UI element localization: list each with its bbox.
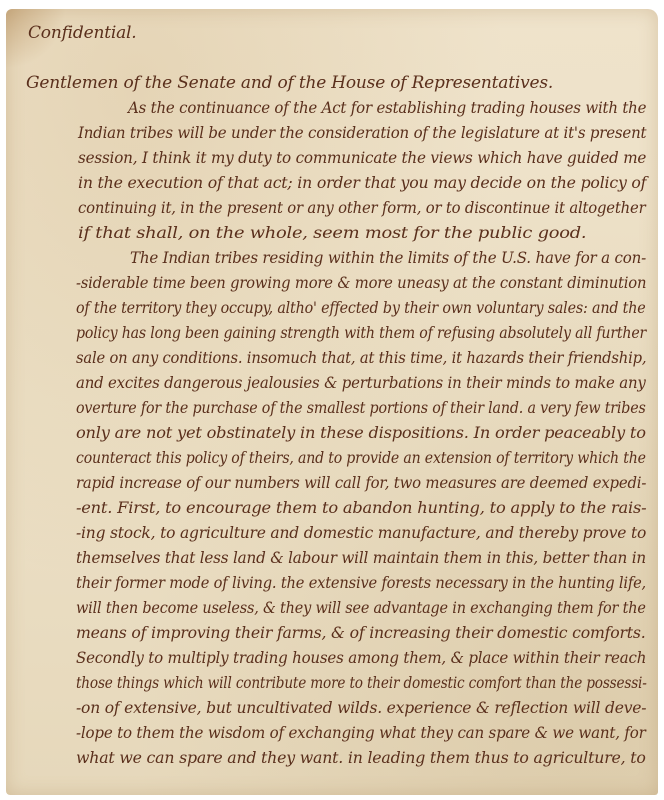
text-line: -siderable time been growing more & more… bbox=[76, 274, 646, 292]
text-line: -ing stock, to agriculture and domestic … bbox=[76, 524, 646, 542]
text-line: -lope to them the wisdom of exchanging w… bbox=[76, 724, 646, 742]
text-line: The Indian tribes residing within the li… bbox=[130, 249, 646, 267]
text-line: means of improving their farms, & of inc… bbox=[76, 624, 646, 642]
text-line: of the territory they occupy, altho' eff… bbox=[76, 299, 646, 317]
text-line: in the execution of that act; in order t… bbox=[78, 174, 646, 192]
text-line: -ent. First, to encourage them to abando… bbox=[76, 499, 646, 517]
text-line: if that shall, on the whole, seem most f… bbox=[78, 224, 586, 242]
text-line: what we can spare and they want. in lead… bbox=[76, 749, 646, 767]
text-line: sale on any conditions. insomuch that, a… bbox=[76, 349, 646, 367]
text-line: As the continuance of the Act for establ… bbox=[128, 99, 646, 117]
document-title: Confidential. bbox=[28, 23, 136, 43]
text-line: those things which will contribute more … bbox=[76, 674, 647, 692]
text-line: -on of extensive, but uncultivated wilds… bbox=[76, 699, 646, 717]
text-line: overture for the purchase of the smalles… bbox=[76, 399, 646, 417]
text-line: will then become useless, & they will se… bbox=[76, 599, 646, 617]
text-line: policy has long been gaining strength wi… bbox=[76, 324, 646, 342]
text-line: and excites dangerous jealousies & pertu… bbox=[76, 374, 646, 392]
text-line: continuing it, in the present or any oth… bbox=[78, 199, 645, 217]
text-line: their former mode of living. the extensi… bbox=[76, 574, 646, 592]
text-line: rapid increase of our numbers will call … bbox=[76, 474, 646, 492]
text-line: themselves that less land & labour will … bbox=[76, 549, 646, 567]
text-line: session, I think it my duty to communica… bbox=[78, 149, 646, 167]
text-line: counteract this policy of theirs, and to… bbox=[76, 449, 646, 467]
text-line: Indian tribes will be under the consider… bbox=[78, 124, 646, 142]
text-line: only are not yet obstinately in these di… bbox=[76, 424, 646, 442]
manuscript-page: Confidential. Gentlemen of the Senate an… bbox=[6, 9, 658, 795]
text-line: Secondly to multiply trading houses amon… bbox=[76, 649, 646, 667]
salutation: Gentlemen of the Senate and of the House… bbox=[26, 73, 553, 93]
